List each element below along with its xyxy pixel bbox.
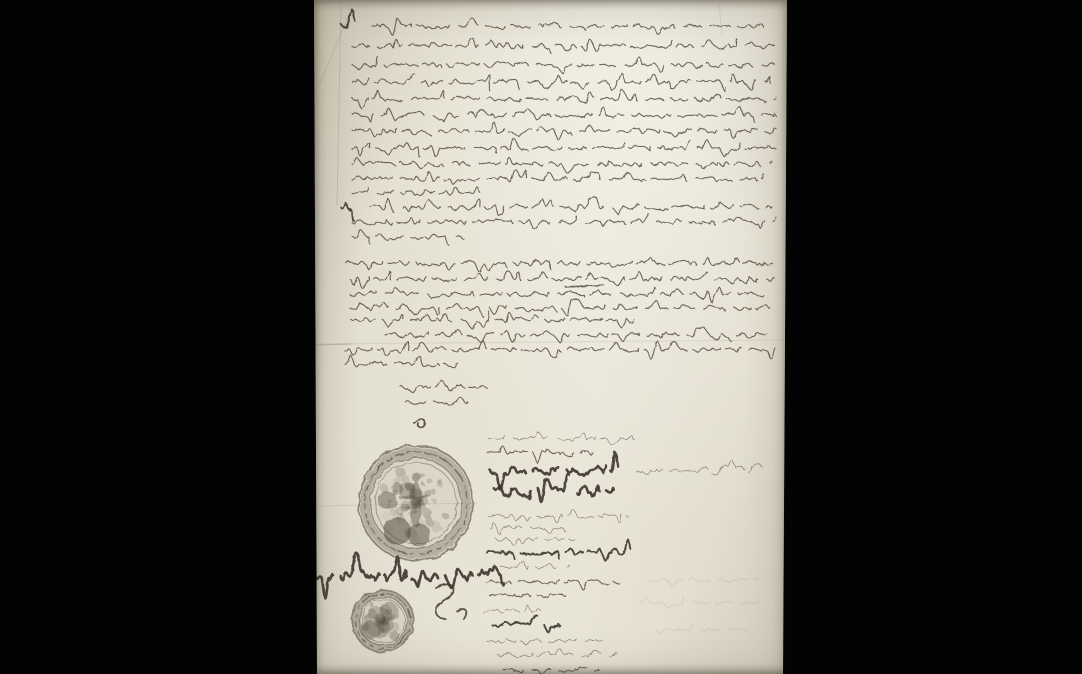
manuscript-photo-stage [0, 0, 1082, 674]
manuscript-paper [313, 0, 788, 674]
